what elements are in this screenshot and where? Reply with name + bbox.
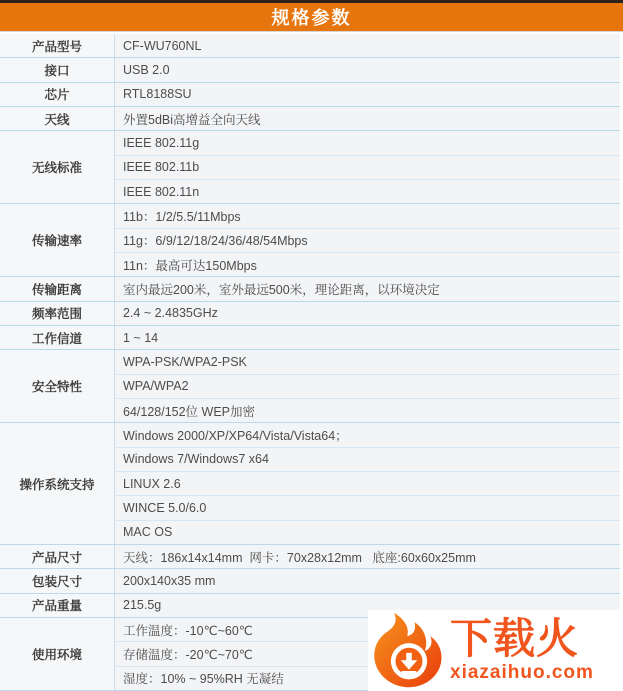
spec-value: USB 2.0	[115, 58, 620, 82]
spec-label: 产品重量	[0, 594, 115, 618]
spec-row-transfer-distance: 传输距离 室内最远200米，室外最远500米，理论距离，以环境决定	[0, 277, 620, 301]
spec-value: IEEE 802.11n	[115, 180, 620, 204]
spec-value: 11n：最高可达150Mbps	[115, 253, 620, 277]
spec-value: 1 ~ 14	[115, 326, 620, 350]
spec-label: 传输速率	[0, 204, 115, 277]
spec-value: 64/128/152位 WEP加密	[115, 399, 620, 423]
spec-page: 规格参数 产品型号 CF-WU760NL 接口 USB 2.0 芯片 RTL81…	[0, 0, 623, 691]
spec-value: 11b：1/2/5.5/11Mbps	[115, 204, 620, 228]
spec-row-product-size: 产品尺寸 天线：186x14x14mm 网卡：70x28x12mm 底座:60x…	[0, 545, 620, 569]
spec-label: 使用环境	[0, 618, 115, 691]
spec-row-interface: 接口 USB 2.0	[0, 58, 620, 82]
spec-label: 产品型号	[0, 34, 115, 58]
watermark-brand: 下载火	[450, 617, 594, 661]
spec-value: WPA-PSK/WPA2-PSK	[115, 350, 620, 374]
spec-label: 接口	[0, 58, 115, 82]
spec-row-wireless-standard: 无线标准 IEEE 802.11g IEEE 802.11b IEEE 802.…	[0, 131, 620, 204]
spec-table: 产品型号 CF-WU760NL 接口 USB 2.0 芯片 RTL8188SU …	[0, 34, 620, 691]
spec-label: 操作系统支持	[0, 423, 115, 545]
spec-value: Windows 2000/XP/XP64/Vista/Vista64；	[115, 423, 620, 447]
spec-row-antenna: 天线 外置5dBi高增益全向天线	[0, 107, 620, 131]
spec-label: 工作信道	[0, 326, 115, 350]
spec-label: 安全特性	[0, 350, 115, 423]
spec-value: WINCE 5.0/6.0	[115, 496, 620, 520]
spec-value: 室内最远200米，室外最远500米，理论距离，以环境决定	[115, 277, 620, 301]
spec-value: 外置5dBi高增益全向天线	[115, 107, 620, 131]
spec-header: 规格参数	[0, 3, 623, 31]
spec-value: 2.4 ~ 2.4835GHz	[115, 302, 620, 326]
spec-label: 频率范围	[0, 302, 115, 326]
spec-row-security: 安全特性 WPA-PSK/WPA2-PSK WPA/WPA2 64/128/15…	[0, 350, 620, 423]
download-flame-icon	[370, 612, 448, 690]
page-title: 规格参数	[272, 4, 352, 30]
spec-row-package-size: 包装尺寸 200x140x35 mm	[0, 569, 620, 593]
spec-value: CF-WU760NL	[115, 34, 620, 58]
spec-row-chipset: 芯片 RTL8188SU	[0, 83, 620, 107]
spec-label: 产品尺寸	[0, 545, 115, 569]
spec-value: RTL8188SU	[115, 83, 620, 107]
spec-label: 包装尺寸	[0, 569, 115, 593]
spec-row-channels: 工作信道 1 ~ 14	[0, 326, 620, 350]
spec-value: 200x140x35 mm	[115, 569, 620, 593]
spec-value: MAC OS	[115, 521, 620, 545]
spec-value: LINUX 2.6	[115, 472, 620, 496]
spec-row-frequency-range: 频率范围 2.4 ~ 2.4835GHz	[0, 302, 620, 326]
spec-value: IEEE 802.11b	[115, 156, 620, 180]
spec-row-model: 产品型号 CF-WU760NL	[0, 34, 620, 58]
spec-value: 11g：6/9/12/18/24/36/48/54Mbps	[115, 229, 620, 253]
spec-value: IEEE 802.11g	[115, 131, 620, 155]
spec-label: 天线	[0, 107, 115, 131]
spec-row-transfer-rate: 传输速率 11b：1/2/5.5/11Mbps 11g：6/9/12/18/24…	[0, 204, 620, 277]
spec-label: 无线标准	[0, 131, 115, 204]
watermark-logo: 下载火 xiazaihuo.com	[368, 610, 623, 691]
spec-value: WPA/WPA2	[115, 375, 620, 399]
spec-label: 芯片	[0, 83, 115, 107]
spec-value: Windows 7/Windows7 x64	[115, 448, 620, 472]
watermark-site: xiazaihuo.com	[450, 662, 594, 683]
spec-label: 传输距离	[0, 277, 115, 301]
spec-value: 天线：186x14x14mm 网卡：70x28x12mm 底座:60x60x25…	[115, 545, 620, 569]
spec-row-os-support: 操作系统支持 Windows 2000/XP/XP64/Vista/Vista6…	[0, 423, 620, 545]
